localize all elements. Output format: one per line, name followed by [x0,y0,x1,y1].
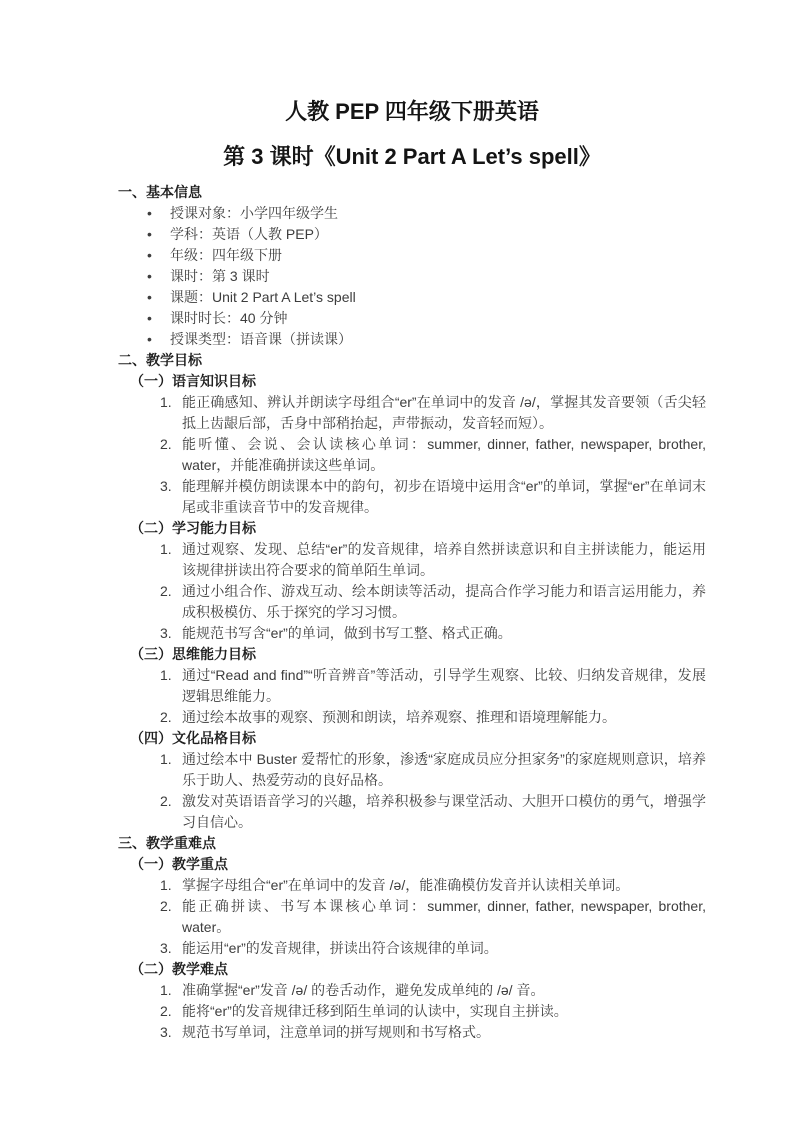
numbered-list-item: 2. 激发对英语语音学习的兴趣，培养积极参与课堂活动、大胆开口模仿的勇气，增强学… [118,791,706,833]
subsection-heading-focus: （一）教学重点 [118,854,706,875]
list-item-text: 课题：Unit 2 Part A Let’s spell [170,287,706,308]
list-number: 2. [160,896,182,938]
section-heading-basic-info: 一、基本信息 [118,182,706,203]
bullet-list-item: • 课题：Unit 2 Part A Let’s spell [118,287,706,308]
numbered-list-item: 3. 规范书写单词，注意单词的拼写规则和书写格式。 [118,1022,706,1043]
subsection-heading-language: （一）语言知识目标 [118,371,706,392]
bullet-icon: • [147,224,170,245]
list-number: 1. [160,665,182,707]
bullet-list-item: • 授课类型：语音课（拼读课） [118,329,706,350]
list-item-text: 能规范书写含“er”的单词，做到书写工整、格式正确。 [182,623,706,644]
bullet-icon: • [147,329,170,350]
numbered-list-item: 2. 能正确拼读、书写本课核心单词：summer, dinner, father… [118,896,706,938]
list-item-text: 通过“Read and find”“听音辨音”等活动，引导学生观察、比较、归纳发… [182,665,706,707]
numbered-list-item: 1. 通过观察、发现、总结“er”的发音规律，培养自然拼读意识和自主拼读能力，能… [118,539,706,581]
list-item-text: 通过绘本故事的观察、预测和朗读，培养观察、推理和语境理解能力。 [182,707,706,728]
bullet-icon: • [147,308,170,329]
numbered-list-item: 3. 能运用“er”的发音规律，拼读出符合该规律的单词。 [118,938,706,959]
list-item-text: 学科：英语（人教 PEP） [170,224,706,245]
numbered-list-item: 3. 能规范书写含“er”的单词，做到书写工整、格式正确。 [118,623,706,644]
list-number: 1. [160,539,182,581]
list-item-text: 规范书写单词，注意单词的拼写规则和书写格式。 [182,1022,706,1043]
numbered-list-item: 1. 能正确感知、辨认并朗读字母组合“er”在单词中的发音 /ə/，掌握其发音要… [118,392,706,434]
bullet-list-item: • 课时时长：40 分钟 [118,308,706,329]
numbered-list-item: 2. 能听懂、会说、会认读核心单词：summer, dinner, father… [118,434,706,476]
list-item-text: 能运用“er”的发音规律，拼读出符合该规律的单词。 [182,938,706,959]
bullet-list-item: • 学科：英语（人教 PEP） [118,224,706,245]
section-heading-goals: 二、教学目标 [118,350,706,371]
bullet-list-item: • 课时：第 3 课时 [118,266,706,287]
list-item-text: 授课类型：语音课（拼读课） [170,329,706,350]
list-item-text: 能正确感知、辨认并朗读字母组合“er”在单词中的发音 /ə/，掌握其发音要领（舌… [182,392,706,434]
subsection-heading-culture: （四）文化品格目标 [118,728,706,749]
subsection-heading-difficulty: （二）教学难点 [118,959,706,980]
numbered-list-item: 1. 通过“Read and find”“听音辨音”等活动，引导学生观察、比较、… [118,665,706,707]
section-heading-key-points: 三、教学重难点 [118,833,706,854]
list-item-text: 能正确拼读、书写本课核心单词：summer, dinner, father, n… [182,896,706,938]
list-number: 2. [160,707,182,728]
list-item-text: 通过小组合作、游戏互动、绘本朗读等活动，提高合作学习能力和语言运用能力，养成积极… [182,581,706,623]
list-number: 1. [160,749,182,791]
list-number: 1. [160,875,182,896]
list-item-text: 年级：四年级下册 [170,245,706,266]
numbered-list-item: 2. 通过小组合作、游戏互动、绘本朗读等活动，提高合作学习能力和语言运用能力，养… [118,581,706,623]
list-item-text: 掌握字母组合“er”在单词中的发音 /ə/，能准确模仿发音并认读相关单词。 [182,875,706,896]
numbered-list-item: 3. 能理解并模仿朗读课本中的韵句，初步在语境中运用含“er”的单词，掌握“er… [118,476,706,518]
subsection-heading-thinking: （三）思维能力目标 [118,644,706,665]
list-number: 3. [160,938,182,959]
list-number: 1. [160,980,182,1001]
doc-title-line2: 第 3 课时《Unit 2 Part A Let’s spell》 [118,141,706,173]
list-number: 1. [160,392,182,434]
document-page: 人教 PEP 四年级下册英语 第 3 课时《Unit 2 Part A Let’… [0,0,794,1123]
subsection-heading-learning: （二）学习能力目标 [118,518,706,539]
list-number: 3. [160,1022,182,1043]
bullet-list-item: • 年级：四年级下册 [118,245,706,266]
list-item-text: 能将“er”的发音规律迁移到陌生单词的认读中，实现自主拼读。 [182,1001,706,1022]
numbered-list-item: 1. 准确掌握“er”发音 /ə/ 的卷舌动作，避免发成单纯的 /ə/ 音。 [118,980,706,1001]
list-number: 2. [160,1001,182,1022]
bullet-list-item: • 授课对象：小学四年级学生 [118,203,706,224]
list-item-text: 通过绘本中 Buster 爱帮忙的形象，渗透“家庭成员应分担家务”的家庭规则意识… [182,749,706,791]
list-item-text: 通过观察、发现、总结“er”的发音规律，培养自然拼读意识和自主拼读能力，能运用该… [182,539,706,581]
bullet-icon: • [147,203,170,224]
list-item-text: 能理解并模仿朗读课本中的韵句，初步在语境中运用含“er”的单词，掌握“er”在单… [182,476,706,518]
list-item-text: 激发对英语语音学习的兴趣，培养积极参与课堂活动、大胆开口模仿的勇气，增强学习自信… [182,791,706,833]
bullet-icon: • [147,245,170,266]
list-item-text: 授课对象：小学四年级学生 [170,203,706,224]
list-number: 2. [160,791,182,833]
doc-title-line1: 人教 PEP 四年级下册英语 [118,96,706,128]
list-item-text: 准确掌握“er”发音 /ə/ 的卷舌动作，避免发成单纯的 /ə/ 音。 [182,980,706,1001]
numbered-list-item: 1. 掌握字母组合“er”在单词中的发音 /ə/，能准确模仿发音并认读相关单词。 [118,875,706,896]
numbered-list-item: 2. 通过绘本故事的观察、预测和朗读，培养观察、推理和语境理解能力。 [118,707,706,728]
bullet-icon: • [147,266,170,287]
list-number: 3. [160,476,182,518]
list-number: 2. [160,581,182,623]
list-number: 3. [160,623,182,644]
list-item-text: 课时时长：40 分钟 [170,308,706,329]
numbered-list-item: 2. 能将“er”的发音规律迁移到陌生单词的认读中，实现自主拼读。 [118,1001,706,1022]
list-item-text: 能听懂、会说、会认读核心单词：summer, dinner, father, n… [182,434,706,476]
bullet-icon: • [147,287,170,308]
list-item-text: 课时：第 3 课时 [170,266,706,287]
list-number: 2. [160,434,182,476]
numbered-list-item: 1. 通过绘本中 Buster 爱帮忙的形象，渗透“家庭成员应分担家务”的家庭规… [118,749,706,791]
